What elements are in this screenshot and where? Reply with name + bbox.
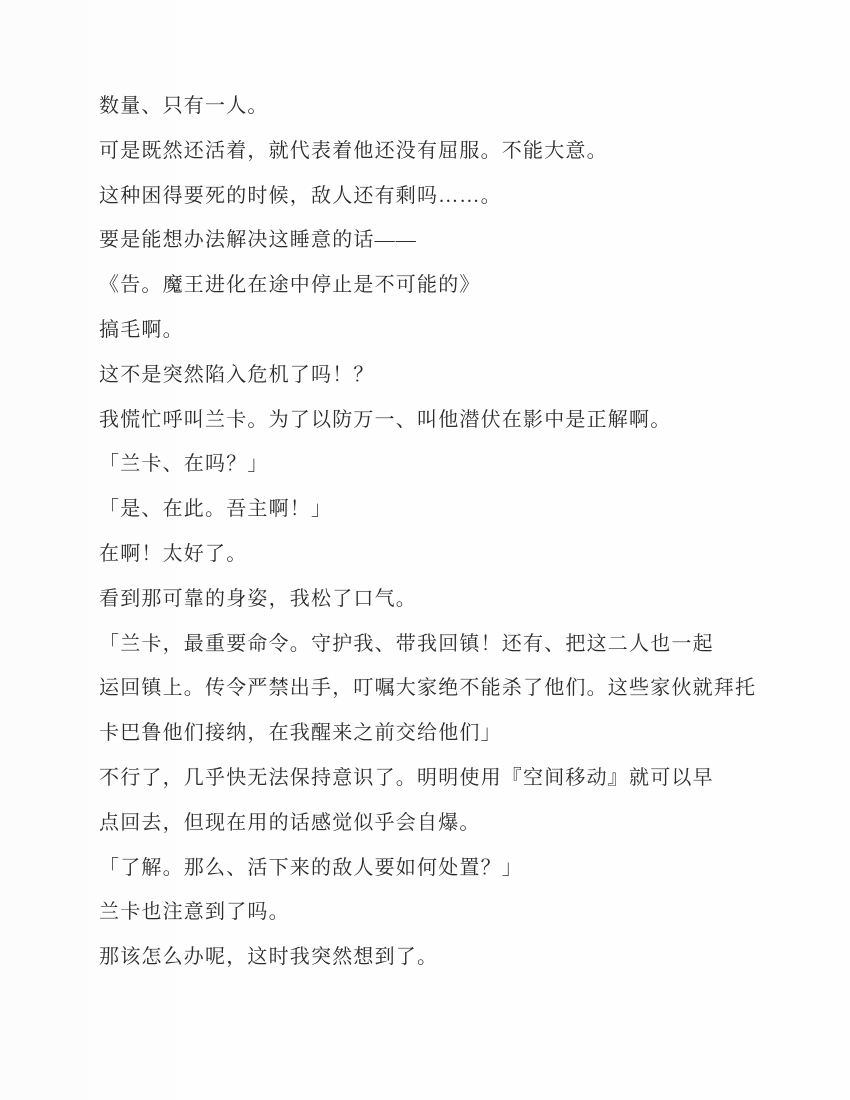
text-line: 要是能想办法解决这睡意的话—— [99, 218, 760, 263]
text-line: 在啊！太好了。 [99, 532, 760, 577]
text-line: 兰卡也注意到了吗。 [99, 890, 760, 935]
page-text: 数量、只有一人。 可是既然还活着，就代表着他还没有屈服。不能大意。 这种困得要死… [99, 84, 760, 980]
text-line: 运回镇上。传令严禁出手，叮嘱大家绝不能杀了他们。这些家伙就拜托 [99, 666, 760, 711]
text-line: 我慌忙呼叫兰卡。为了以防万一、叫他潜伏在影中是正解啊。 [99, 398, 760, 443]
novel-page: 数量、只有一人。 可是既然还活着，就代表着他还没有屈服。不能大意。 这种困得要死… [0, 0, 850, 1100]
text-line: 看到那可靠的身姿，我松了口气。 [99, 577, 760, 622]
text-line: 「兰卡、在吗？」 [99, 442, 760, 487]
text-line: 「兰卡，最重要命令。守护我、带我回镇！还有、把这二人也一起 [99, 622, 760, 667]
text-line: 那该怎么办呢，这时我突然想到了。 [99, 935, 760, 980]
text-line: 不行了，几乎快无法保持意识了。明明使用『空间移动』就可以早 [99, 756, 760, 801]
text-line: 这种困得要死的时候，敌人还有剩吗……。 [99, 174, 760, 219]
text-line: 点回去，但现在用的话感觉似乎会自爆。 [99, 801, 760, 846]
text-line: 《告。魔王进化在途中停止是不可能的》 [99, 263, 760, 308]
text-line: 这不是突然陷入危机了吗！？ [99, 353, 760, 398]
text-line: 数量、只有一人。 [99, 84, 760, 129]
text-line: 卡巴鲁他们接纳，在我醒来之前交给他们」 [99, 711, 760, 756]
text-line: 「了解。那么、活下来的敌人要如何处置？」 [99, 846, 760, 891]
text-line: 可是既然还活着，就代表着他还没有屈服。不能大意。 [99, 129, 760, 174]
text-line: 「是、在此。吾主啊！」 [99, 487, 760, 532]
text-line: 搞毛啊。 [99, 308, 760, 353]
